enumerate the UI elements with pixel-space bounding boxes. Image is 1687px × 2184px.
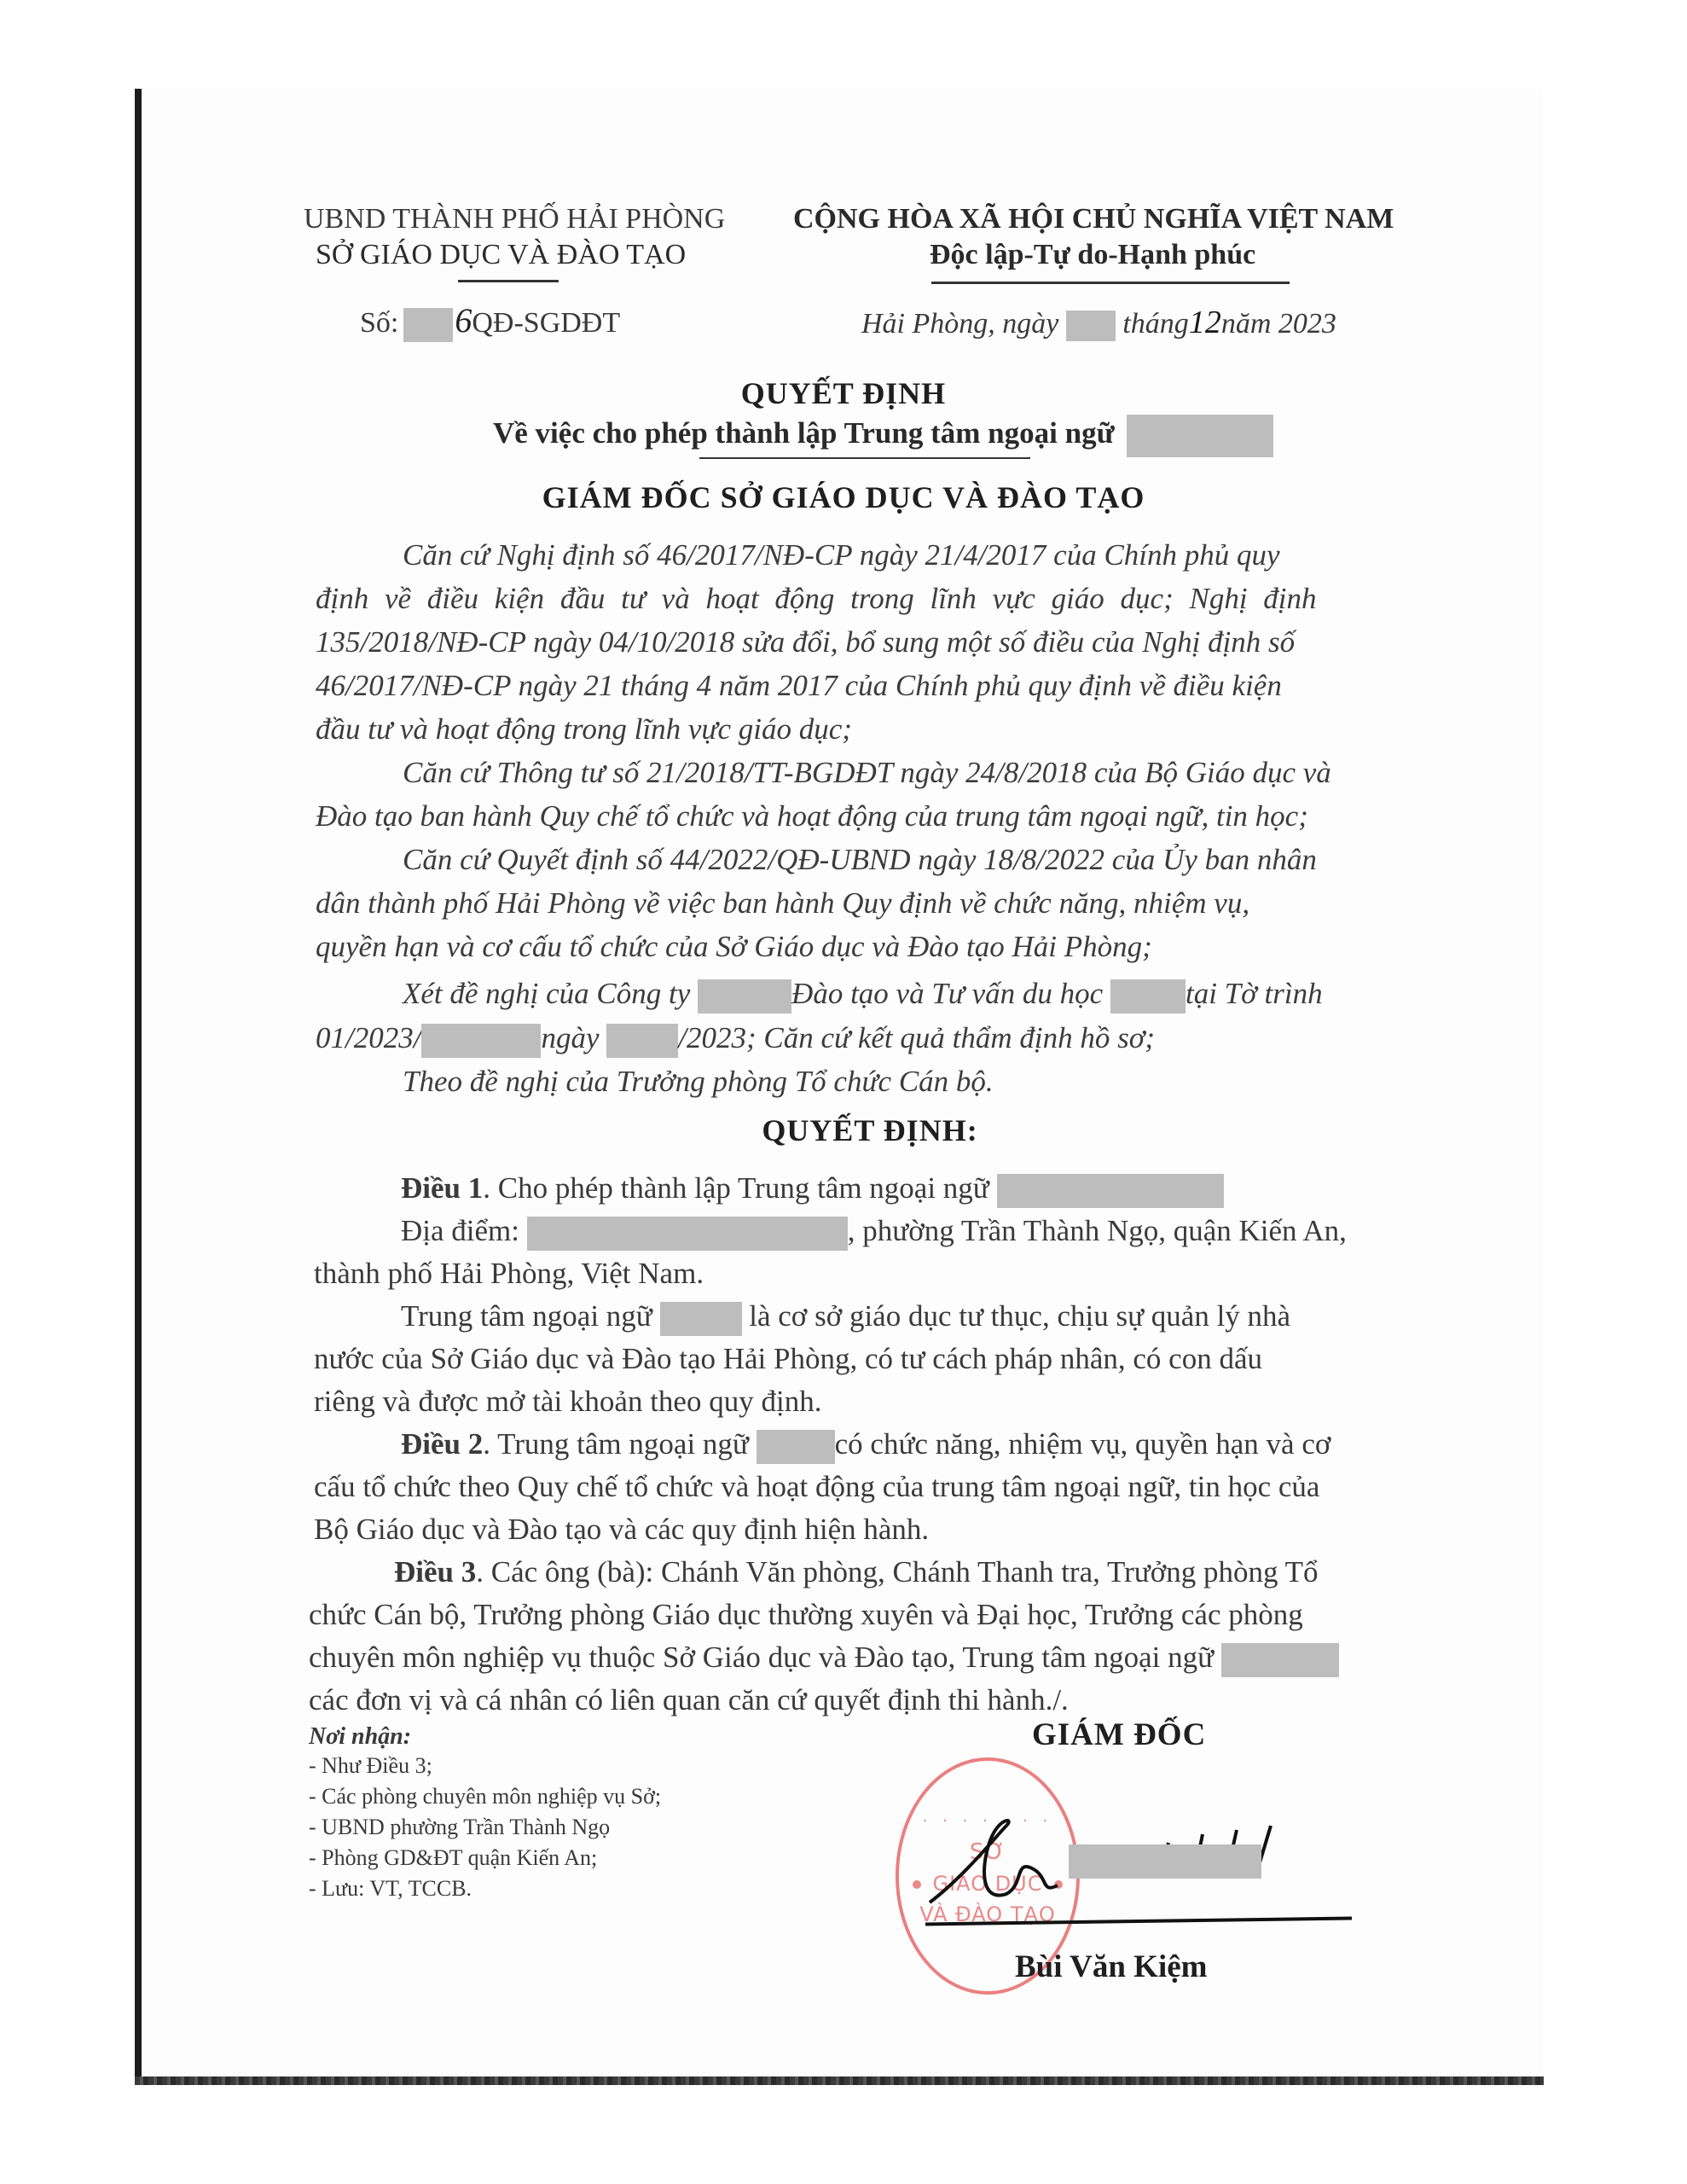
article-line: thành phố Hải Phòng, Việt Nam. [314, 1252, 704, 1295]
preamble-line: định về điều kiện đầu tư và hoạt động tr… [316, 578, 1317, 620]
preamble-line: quyền hạn và cơ cấu tổ chức của Sở Giáo … [316, 926, 1152, 968]
proposal-text: /2023; Căn cứ kết quả thẩm định hồ sơ; [678, 1021, 1155, 1054]
date-month-label: tháng [1122, 308, 1188, 340]
article-3: Điều 3. Các ông (bà): Chánh Văn phòng, C… [394, 1551, 1319, 1594]
redacted-day [1066, 311, 1116, 341]
redacted-company-suffix [1110, 979, 1186, 1014]
proposal-line: Xét đề nghị của Công ty Đào tạo và Tư vấ… [403, 973, 1323, 1015]
article-1-location: Địa điểm: , phường Trần Thành Ngọ, quận … [401, 1210, 1347, 1252]
preamble-line: đầu tư và hoạt động trong lĩnh vực giáo … [316, 708, 852, 751]
article-line: Bộ Giáo dục và Đào tạo và các quy định h… [314, 1508, 929, 1551]
handwritten-digit: 6 [455, 301, 472, 340]
motto-underline [931, 282, 1290, 284]
article-text: Trung tâm ngoại ngữ [401, 1299, 652, 1333]
recipients-heading: Nơi nhận: [309, 1722, 411, 1752]
location-text: , phường Trần Thành Ngọ, quận Kiến An, [848, 1214, 1347, 1247]
proposal-text: tại Tờ trình [1186, 977, 1323, 1010]
date-year: năm 2023 [1221, 308, 1336, 340]
article-text: có chức năng, nhiệm vụ, quyền hạn và cơ [835, 1427, 1331, 1461]
issuer-underline [458, 280, 559, 282]
article-line: nước của Sở Giáo dục và Đào tạo Hải Phòn… [314, 1338, 1262, 1380]
article-line: chuyên môn nghiệp vụ thuộc Sở Giáo dục v… [309, 1636, 1339, 1679]
article-line: các đơn vị và cá nhân có liên quan căn c… [309, 1679, 1069, 1722]
issuer-parent: UBND THÀNH PHỐ HẢI PHÒNG [304, 203, 725, 235]
preamble-line: dân thành phố Hải Phòng về việc ban hành… [316, 882, 1249, 925]
proposal-text: ngày [541, 1021, 599, 1054]
signer-name: Bùi Văn Kiệm [1015, 1949, 1207, 1985]
article-text: là cơ sở giáo dục tư thục, chịu sự quản … [749, 1299, 1290, 1333]
article-1-label: Điều 1 [401, 1171, 483, 1205]
date-prefix: Hải Phòng, ngày [861, 308, 1058, 340]
proposal-text: 01/2023/ [316, 1021, 421, 1054]
document-subject: Về việc cho phép thành lập Trung tâm ngo… [493, 415, 1273, 457]
redacted-report-number [421, 1024, 541, 1058]
handwritten-month: 12 [1189, 305, 1221, 340]
article-line: chức Cán bộ, Trưởng phòng Giáo dục thườn… [309, 1594, 1303, 1636]
redacted-center-name [1127, 415, 1273, 457]
document-type: QUYẾT ĐỊNH [0, 375, 1687, 411]
proposal-text: Xét đề nghị của Công ty [403, 977, 690, 1010]
preamble-line: 135/2018/NĐ-CP ngày 04/10/2018 sửa đổi, … [316, 621, 1295, 664]
redacted-center-name [997, 1174, 1224, 1208]
scan-shadow-bottom [135, 2077, 1544, 2085]
redacted-center-name [1221, 1643, 1339, 1677]
number-prefix: Số: [360, 307, 398, 339]
subject-underline [699, 457, 1030, 459]
document-number: Số:6QĐ-SGDĐT [360, 300, 620, 342]
proposal-text: Đào tạo và Tư vấn du học [791, 977, 1103, 1010]
recipient-item: - Các phòng chuyên môn nghiệp vụ Sở; [309, 1781, 661, 1812]
article-2-label: Điều 2 [401, 1427, 483, 1461]
redacted-address [527, 1217, 848, 1251]
national-title: CỘNG HÒA XÃ HỘI CHỦ NGHĨA VIỆT NAM [793, 203, 1394, 235]
preamble-line: Căn cứ Quyết định số 44/2022/QĐ-UBND ngà… [403, 839, 1317, 881]
proposal-line: Theo đề nghị của Trưởng phòng Tổ chức Cá… [403, 1060, 994, 1103]
redacted-company [698, 979, 791, 1014]
national-motto: Độc lập-Tự do-Hạnh phúc [930, 239, 1255, 271]
article-1: Điều 1. Cho phép thành lập Trung tâm ngo… [401, 1167, 1224, 1210]
redacted-signature [1069, 1844, 1261, 1879]
preamble-line: Đào tạo ban hành Quy chế tổ chức và hoạt… [316, 795, 1308, 838]
redacted-center-name [757, 1430, 835, 1464]
redacted-center-name [660, 1302, 742, 1336]
recipient-item: - UBND phường Trần Thành Ngọ [309, 1812, 610, 1843]
location-label: Địa điểm: [401, 1214, 519, 1247]
recipient-item: - Lưu: VT, TCCB. [309, 1873, 472, 1904]
subject-text: Về việc cho phép thành lập Trung tâm ngo… [493, 416, 1115, 450]
article-1-status: Trung tâm ngoại ngữ là cơ sở giáo dục tư… [401, 1295, 1290, 1338]
article-text: . Trung tâm ngoại ngữ [483, 1427, 749, 1461]
article-text: . Các ông (bà): Chánh Văn phòng, Chánh T… [476, 1555, 1318, 1589]
preamble-line: Căn cứ Thông tư số 21/2018/TT-BGDĐT ngày… [403, 752, 1331, 794]
issuing-authority: GIÁM ĐỐC SỞ GIÁO DỤC VÀ ĐÀO TẠO [0, 479, 1687, 515]
redacted-number [403, 308, 453, 342]
preamble-line: Căn cứ Nghị định số 46/2017/NĐ-CP ngày 2… [403, 534, 1280, 577]
number-suffix: QĐ-SGDĐT [472, 307, 620, 339]
article-line: riêng và được mở tài khoản theo quy định… [314, 1380, 821, 1423]
article-line: cấu tổ chức theo Quy chế tổ chức và hoạt… [314, 1466, 1319, 1508]
signer-title: GIÁM ĐỐC [1032, 1716, 1206, 1753]
recipient-item: - Phòng GD&ĐT quận Kiến An; [309, 1843, 597, 1873]
decision-heading: QUYẾT ĐỊNH: [0, 1112, 1687, 1148]
article-2: Điều 2. Trung tâm ngoại ngữ có chức năng… [401, 1423, 1330, 1466]
redacted-report-date [606, 1024, 678, 1058]
article-text: chuyên môn nghiệp vụ thuộc Sở Giáo dục v… [309, 1641, 1214, 1674]
issuer-name: SỞ GIÁO DỤC VÀ ĐÀO TẠO [316, 239, 686, 271]
recipient-item: - Như Điều 3; [309, 1751, 432, 1781]
article-3-label: Điều 3 [394, 1555, 476, 1589]
preamble-line: 46/2017/NĐ-CP ngày 21 tháng 4 năm 2017 c… [316, 665, 1282, 707]
issue-date: Hải Phòng, ngày tháng12năm 2023 [861, 304, 1336, 341]
article-text: . Cho phép thành lập Trung tâm ngoại ngữ [483, 1171, 989, 1205]
proposal-line: 01/2023/ngày /2023; Căn cứ kết quả thẩm … [316, 1017, 1155, 1060]
